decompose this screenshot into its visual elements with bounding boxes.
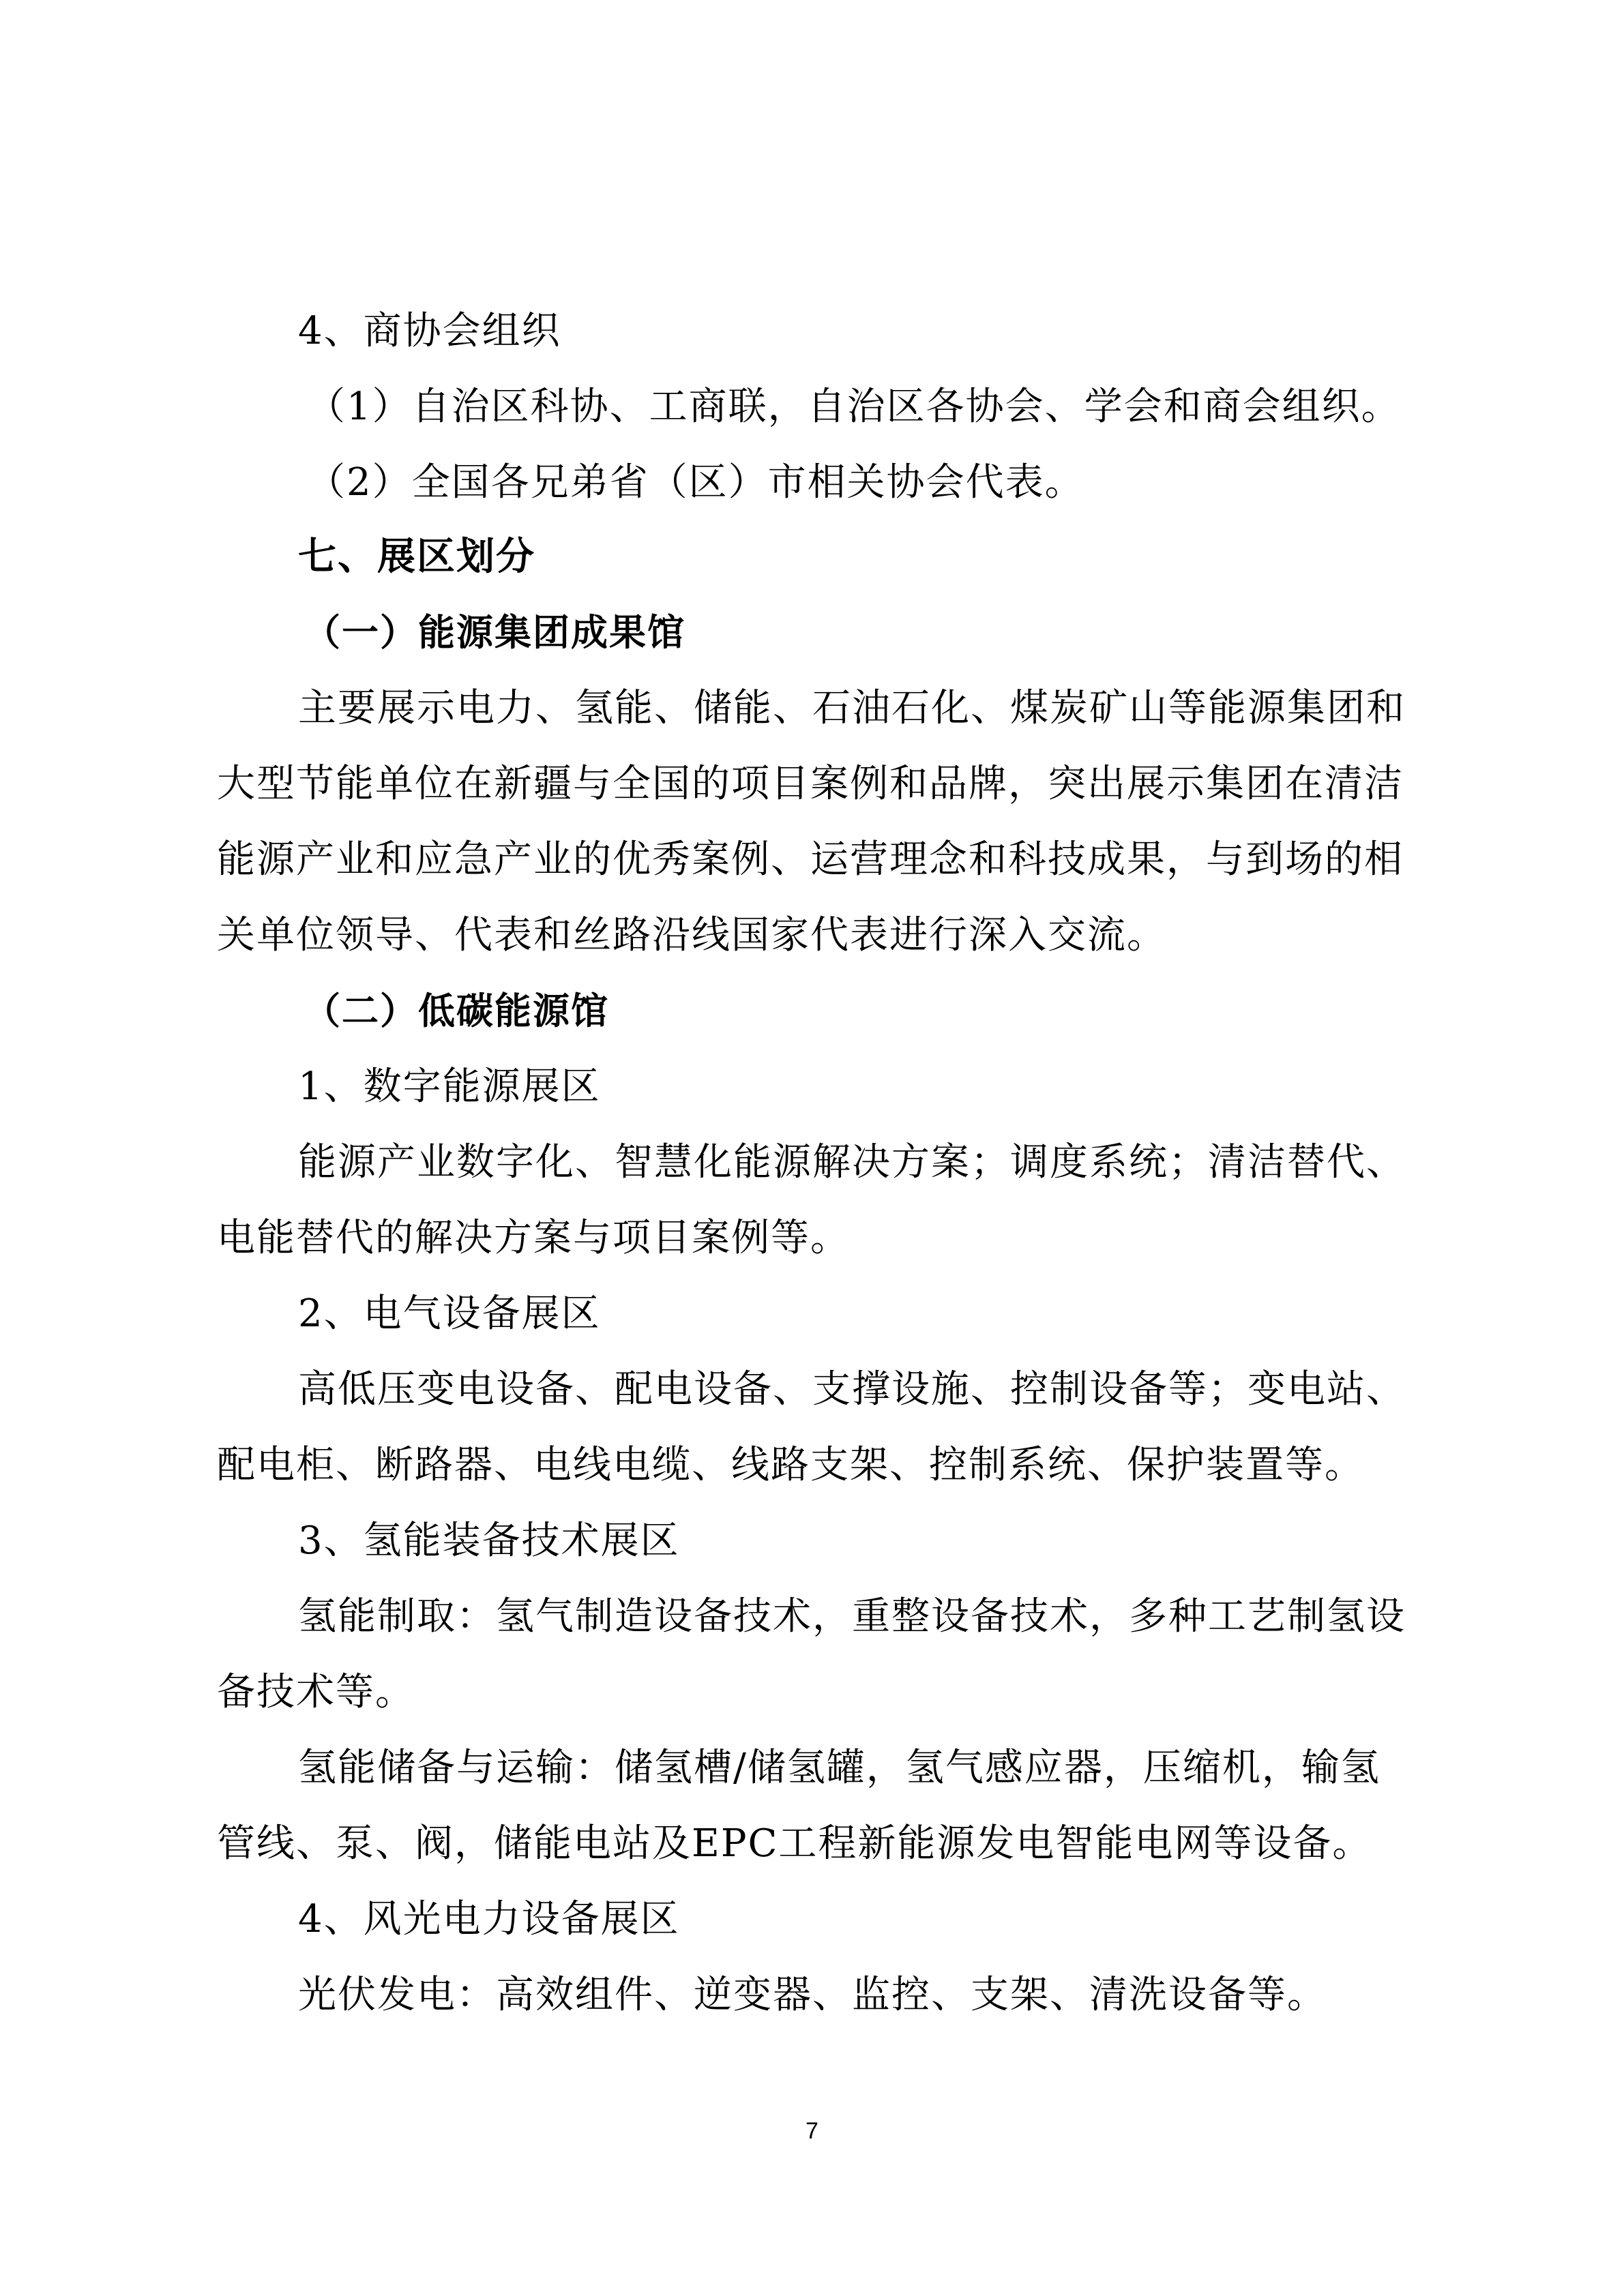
document-page: 4、商协会组织 （1）自治区科协、工商联，自治区各协会、学会和商会组织。 （2）…: [0, 0, 1624, 2296]
paragraph-line: 主要展示电力、氢能、储能、石油石化、煤炭矿山等能源集团和: [298, 685, 1505, 732]
hall-heading: （一）能源集团成果馆: [304, 609, 1511, 657]
subsection-heading: 1、数字能源展区: [298, 1063, 1505, 1111]
subsection-heading: 4、风光电力设备展区: [298, 1896, 1505, 1943]
paragraph-line: 大型节能单位在新疆与全国的项目案例和品牌，突出展示集团在清洁: [217, 760, 1424, 808]
section-heading: 七、展区划分: [298, 533, 1505, 581]
paragraph-line: 光伏发电：高效组件、逆变器、监控、支架、清洗设备等。: [298, 1971, 1505, 2019]
paragraph-line: 电能替代的解决方案与项目案例等。: [217, 1214, 1424, 1262]
page-number: 7: [0, 2117, 1624, 2145]
paragraph-line: 管线、泵、阀，储能电站及EPC工程新能源发电智能电网等设备。: [217, 1820, 1424, 1868]
list-item: （1）自治区科协、工商联，自治区各协会、学会和商会组织。: [307, 383, 1514, 431]
subsection-heading: 4、商协会组织: [298, 308, 1505, 355]
paragraph-line: 高低压变电设备、配电设备、支撑设施、控制设备等；变电站、: [298, 1366, 1505, 1414]
paragraph-line: 能源产业和应急产业的优秀案例、运营理念和科技成果，与到场的相: [217, 836, 1424, 884]
paragraph-line: 能源产业数字化、智慧化能源解决方案；调度系统；清洁替代、: [298, 1139, 1505, 1187]
subsection-heading: 3、氢能装备技术展区: [298, 1517, 1505, 1565]
subsection-heading: 2、电气设备展区: [298, 1290, 1505, 1338]
list-item: （2）全国各兄弟省（区）市相关协会代表。: [307, 459, 1514, 507]
paragraph-line: 配电柜、断路器、电线电缆、线路支架、控制系统、保护装置等。: [217, 1442, 1424, 1489]
hall-heading: （二）低碳能源馆: [304, 987, 1511, 1035]
paragraph-line: 关单位领导、代表和丝路沿线国家代表进行深入交流。: [217, 912, 1424, 959]
paragraph-line: 备技术等。: [217, 1669, 1424, 1716]
paragraph-line: 氢能制取：氢气制造设备技术，重整设备技术，多种工艺制氢设: [298, 1593, 1505, 1641]
paragraph-line: 氢能储备与运输：储氢槽/储氢罐，氢气感应器，压缩机，输氢: [298, 1744, 1505, 1792]
